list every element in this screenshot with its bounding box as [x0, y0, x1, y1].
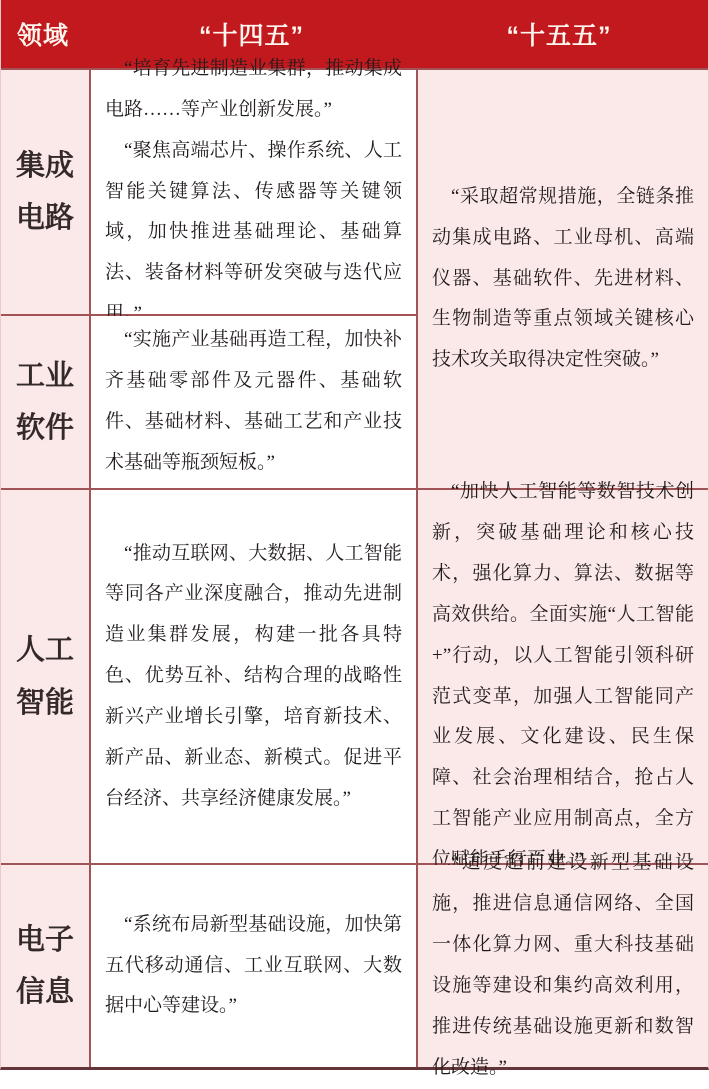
quote-paragraph: “加快人工智能等数智技术创新，突破基础理论和核心技术，强化算力、算法、数据等高效… [432, 472, 694, 880]
quote-paragraph: “实施产业基础再造工程，加快补齐基础零部件及元器件、基础软件、基础材料、基础工艺… [105, 320, 402, 483]
cell-plan15-merged-ic-software: “采取超常规措施，全链条推动集成电路、工业母机、高端仪器、基础软件、先进材料、生… [418, 70, 708, 488]
row-label-text: 电子 信息 [16, 914, 74, 1018]
row-label-text: 集成 电路 [16, 140, 74, 244]
row-label-artificial-intelligence: 人工 智能 [1, 490, 89, 863]
row-label-integrated-circuits: 集成 电路 [1, 70, 89, 314]
quote-paragraph: “适度超前建设新型基础设施，推进信息通信网络、全国一体化算力网、重大科技基础设施… [432, 843, 694, 1088]
row-label-text: 工业 软件 [16, 350, 74, 454]
plan-comparison-table: 领域 “十四五” “十五五” 集成 电路 “培育先进制造业集群，推动集成电路……… [0, 0, 709, 1070]
quote-paragraph: “聚焦高端芯片、操作系统、人工智能关键算法、传感器等关键领域，加快推进基础理论、… [105, 131, 402, 335]
cell-plan15-electronic-information: “适度超前建设新型基础设施，推进信息通信网络、全国一体化算力网、重大科技基础设施… [418, 865, 708, 1067]
cell-plan15-artificial-intelligence: “加快人工智能等数智技术创新，突破基础理论和核心技术，强化算力、算法、数据等高效… [418, 490, 708, 863]
row-label-electronic-information: 电子 信息 [1, 865, 89, 1067]
cell-plan14-artificial-intelligence: “推动互联网、大数据、人工智能等同各产业深度融合，推动先进制造业集群发展，构建一… [91, 490, 416, 863]
row-label-industrial-software: 工业 软件 [1, 316, 89, 488]
header-plan-14th: “十四五” [89, 16, 414, 52]
row-label-text: 人工 智能 [16, 624, 74, 728]
quote-paragraph: “采取超常规措施，全链条推动集成电路、工业母机、高端仪器、基础软件、先进材料、生… [432, 177, 694, 381]
header-plan-15th: “十五五” [414, 16, 704, 52]
quote-paragraph: “系统布局新型基础设施，加快第五代移动通信、工业互联网、大数据中心等建设。” [105, 905, 402, 1028]
cell-plan14-industrial-software: “实施产业基础再造工程，加快补齐基础零部件及元器件、基础软件、基础材料、基础工艺… [91, 316, 416, 488]
header-domain: 领域 [1, 16, 89, 52]
cell-plan14-integrated-circuits: “培育先进制造业集群，推动集成电路……等产业创新发展。” “聚焦高端芯片、操作系… [91, 70, 416, 314]
cell-plan14-electronic-information: “系统布局新型基础设施，加快第五代移动通信、工业互联网、大数据中心等建设。” [91, 865, 416, 1067]
quote-paragraph: “培育先进制造业集群，推动集成电路……等产业创新发展。” [105, 49, 402, 131]
quote-paragraph: “推动互联网、大数据、人工智能等同各产业深度融合，推动先进制造业集群发展，构建一… [105, 534, 402, 820]
